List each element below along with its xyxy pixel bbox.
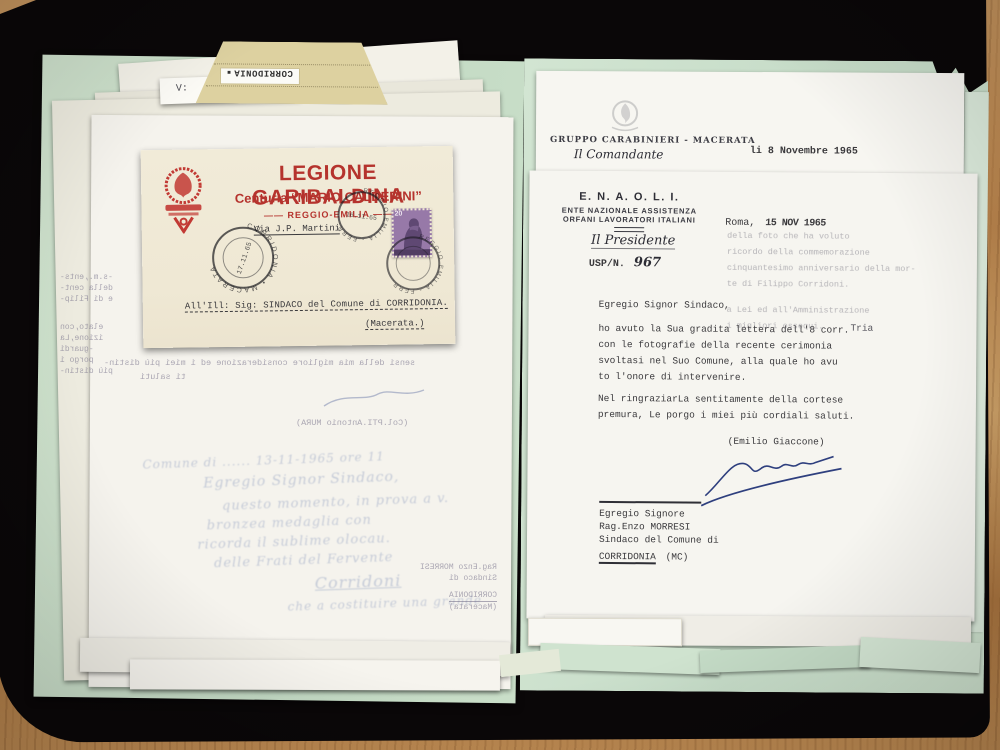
enaoli-org: E. N. A. O. L. I. bbox=[549, 191, 709, 204]
signature-ink bbox=[699, 444, 859, 509]
bleed-through-line: sensi della mia migliore considerazione … bbox=[104, 358, 415, 368]
handwriting-line: Egregio Signor Sindaco, bbox=[203, 466, 478, 492]
carabinieri-crest-icon bbox=[602, 97, 648, 135]
address-text: All'Ill: Sig: SINDACO del Comune di CORR… bbox=[185, 298, 448, 313]
paper-slip bbox=[528, 618, 682, 647]
postmark-mid-date: 16.11.65 bbox=[345, 211, 377, 222]
label-mark-icon: ■ bbox=[227, 68, 231, 74]
body-line: to l'onore di intervenire. bbox=[598, 369, 898, 387]
ghost-line: ti saluti bbox=[140, 372, 186, 382]
enaoli-salutation: Egregio Signor Sindaco, bbox=[599, 299, 730, 311]
recipient-city: CORRIDONIA bbox=[599, 551, 656, 564]
enaoli-role: Il Presidente bbox=[591, 233, 675, 250]
ghost-line: (Col.PTI.Antonio MURA) bbox=[296, 418, 408, 428]
tab-label-text: CORRIDONIA bbox=[234, 67, 293, 78]
postmark-left: CORRIDONIA • MACERATA 17.11.65 bbox=[204, 218, 283, 297]
bleed-line: ricordo della commemorazione bbox=[727, 244, 916, 261]
ghost-line: Sindaco di bbox=[449, 573, 497, 584]
carabinieri-header: GRUPPO CARABINIERI - MACERATA bbox=[550, 135, 756, 146]
recipient-line: Sindaco del Comune di bbox=[599, 533, 719, 547]
slip-fragment: V: bbox=[176, 83, 188, 94]
envelope-address2: (Macerata.) bbox=[365, 318, 425, 329]
sheet-edge bbox=[130, 659, 500, 690]
ghost-line: izione,La bbox=[60, 333, 103, 344]
ghost-line: sensi della mia migliore considerazione … bbox=[104, 358, 415, 368]
carabinieri-subheader: Il Comandante bbox=[574, 147, 664, 161]
bleed-through-line: (Col.PTI.Antonio MURA) bbox=[296, 418, 408, 428]
recipient-line: Egregio Signore bbox=[599, 507, 719, 521]
carabinieri-date: li 8 Novembre 1965 bbox=[750, 146, 858, 158]
envelope: LEGIONE GARIBALDINA Centuria “MARIO CALD… bbox=[141, 146, 456, 348]
ghost-line: Rag.Enzo MORRESI bbox=[420, 562, 497, 573]
ghost-line: della cent- bbox=[60, 283, 113, 294]
bleed-through-text: Rag.Enzo MORRESI Sindaco di CORRIDONIA (… bbox=[352, 562, 497, 613]
body-line: premura, Le porgo i miei più cordiali sa… bbox=[598, 407, 898, 425]
address2-text: (Macerata.) bbox=[365, 318, 425, 330]
ghost-signature-squiggle bbox=[320, 382, 430, 412]
enaoli-org-line3: ORFANI LAVORATORI ITALIANI bbox=[549, 215, 709, 225]
bleed-fragment: Tria bbox=[850, 323, 873, 334]
ghost-line: e di Filip- bbox=[60, 294, 113, 305]
bleed-line: te di Filippo Corridoni. bbox=[727, 276, 916, 293]
ghost-line: -s.m.,ents- bbox=[60, 272, 113, 283]
ref-number-handwritten: 967 bbox=[634, 255, 661, 270]
enaoli-body: ho avuto la Sua gradita lettera dell'8 c… bbox=[598, 321, 899, 425]
bleed-line: della foto che ha voluto bbox=[727, 228, 916, 245]
recipient-line: Rag.Enzo MORRESI bbox=[599, 520, 719, 534]
postmark-left-date: 17.11.65 bbox=[236, 241, 255, 275]
photo-of-documents: V: CORRIDONIA■ -s.m.,ents- della cent- e… bbox=[0, 0, 1000, 750]
bleed-through-paragraph: della foto che ha voluto ricordo della c… bbox=[726, 228, 915, 335]
ghost-line: (Macerata) bbox=[449, 602, 497, 613]
letterhead-rule bbox=[614, 227, 644, 232]
tab-label: CORRIDONIA■ bbox=[220, 67, 300, 85]
recipient-rule bbox=[599, 501, 701, 504]
enaoli-ref: USP/N. 967 bbox=[589, 255, 661, 271]
ref-label: USP/N. bbox=[589, 259, 625, 270]
ghost-line: porgo i bbox=[60, 355, 94, 366]
bleed-through-line: ti saluti bbox=[140, 372, 186, 382]
legione-crest-icon bbox=[159, 163, 208, 234]
bleed-line: a Lei ed all'Amministrazione bbox=[727, 302, 916, 319]
bleed-line: cinquantesimo anniversario della mor- bbox=[727, 260, 916, 277]
recipient-prov: (MC) bbox=[666, 551, 689, 562]
ghost-line: -guardi bbox=[60, 344, 94, 355]
envelope-address: All'Ill: Sig: SINDACO del Comune di CORR… bbox=[185, 298, 448, 312]
ghost-line: CORRIDONIA bbox=[449, 590, 497, 602]
folder-crumple bbox=[859, 637, 980, 673]
enaoli-letter: E. N. A. O. L. I. ENTE NAZIONALE ASSISTE… bbox=[526, 170, 977, 621]
postmark-right: REGGIO EMILIA - FERR. bbox=[380, 230, 447, 297]
tab-ruled-line bbox=[206, 85, 378, 89]
recipient-block: Egregio Signore Rag.Enzo MORRESI Sindaco… bbox=[599, 507, 719, 564]
ghost-line: elato,con bbox=[60, 322, 103, 333]
folder-tab: CORRIDONIA■ bbox=[196, 41, 389, 105]
